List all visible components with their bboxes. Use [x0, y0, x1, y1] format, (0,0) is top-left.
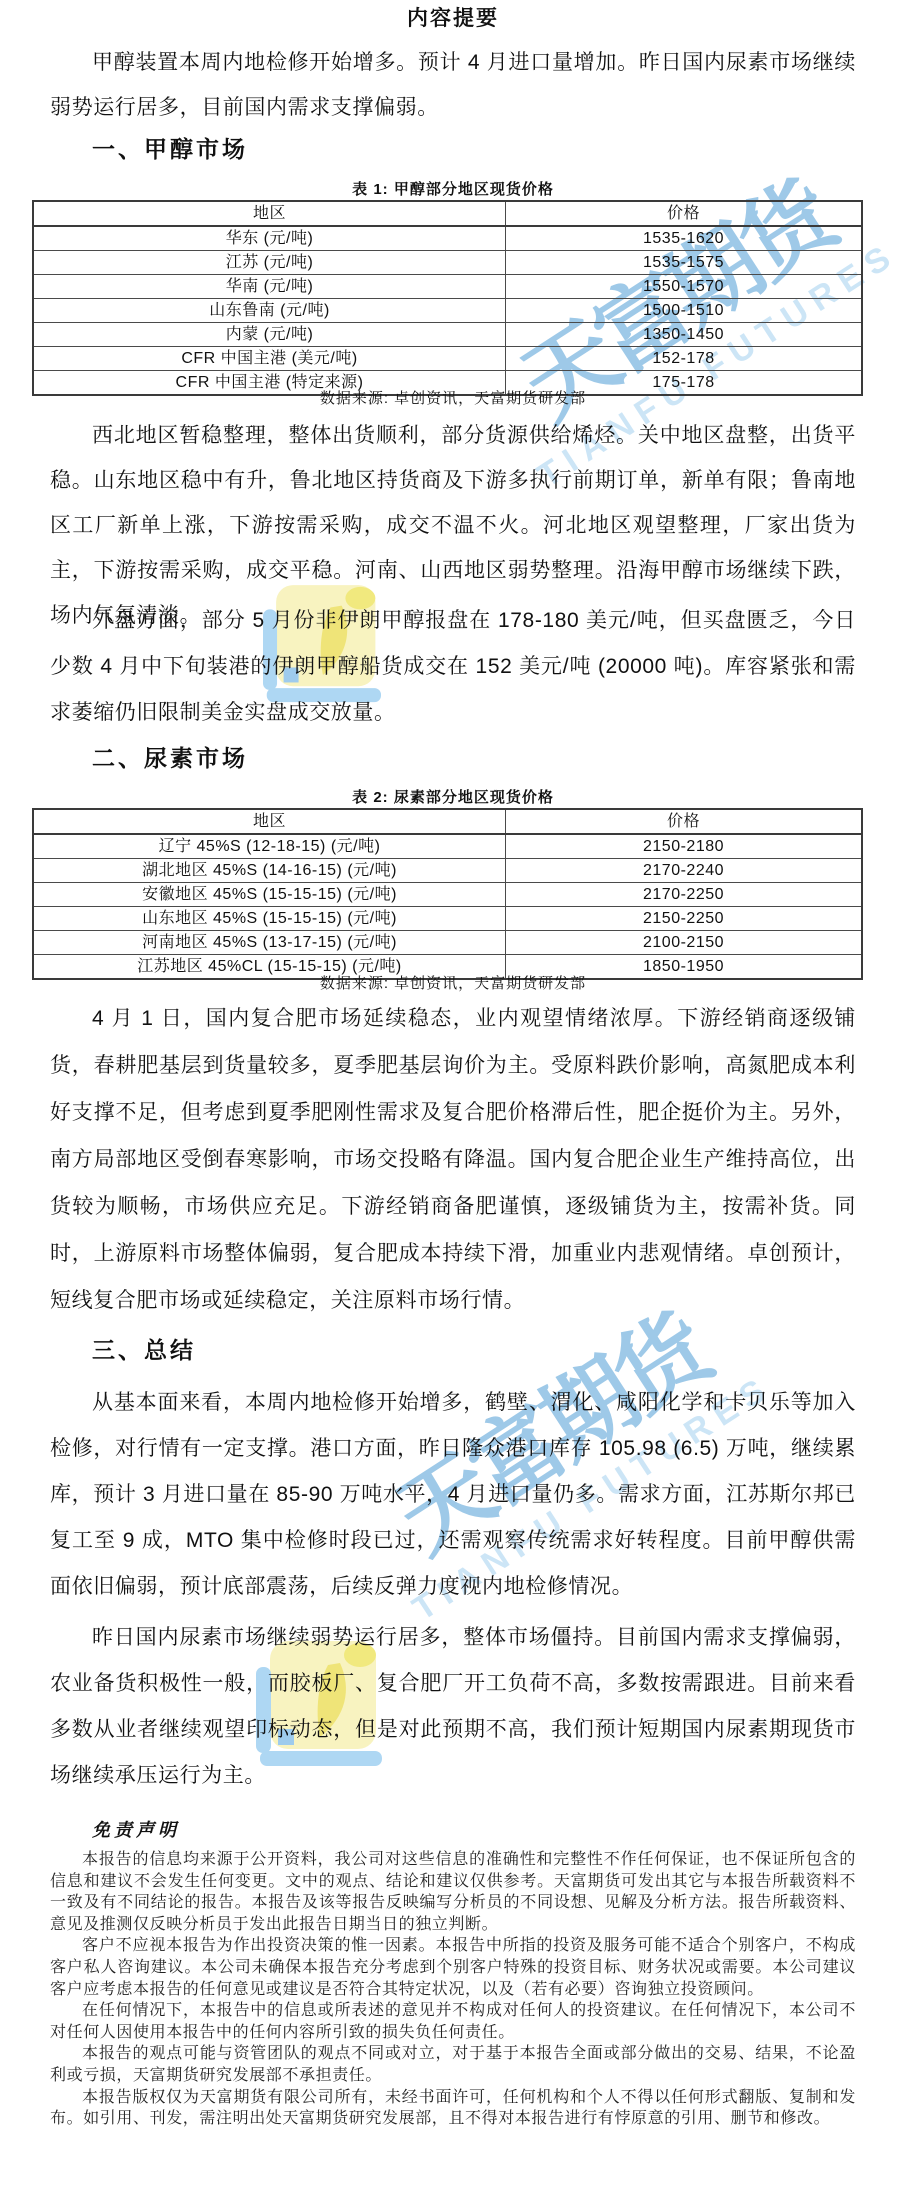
table-cell: 1350-1450 — [506, 323, 862, 347]
table-cell: 内蒙 (元/吨) — [33, 323, 506, 347]
summary-paragraph-urea: 昨日国内尿素市场继续弱势运行居多，整体市场僵持。目前国内需求支撑偏弱，农业备货积… — [50, 1615, 856, 1799]
disclaimer-paragraph: 在任何情况下，本报告中的信息或所表述的意见并不构成对任何人的投资建议。在任何情况… — [50, 2000, 856, 2043]
disclaimer-heading: 免责声明 — [92, 1816, 180, 1842]
intro-paragraph: 甲醇装置本周内地检修开始增多。预计 4 月进口量增加。昨日国内尿素市场继续弱势运… — [50, 40, 856, 130]
table1-caption: 表 1: 甲醇部分地区现货价格 — [50, 178, 856, 199]
section-heading-methanol: 一、甲醇市场 — [92, 131, 248, 164]
table-row: 湖北地区 45%S (14-16-15) (元/吨)2170-2240 — [33, 859, 862, 883]
table-cell: 河南地区 45%S (13-17-15) (元/吨) — [33, 931, 506, 955]
table-cell: 2150-2250 — [506, 907, 862, 931]
table-header-row: 地区价格 — [33, 809, 862, 834]
table-cell: 1500-1510 — [506, 299, 862, 323]
table-cell: 152-178 — [506, 347, 862, 371]
table-row: 江苏 (元/吨)1535-1575 — [33, 251, 862, 275]
table-row: 内蒙 (元/吨)1350-1450 — [33, 323, 862, 347]
disclaimer-paragraph: 本报告的信息均来源于公开资料，我公司对这些信息的准确性和完整性不作任何保证，也不… — [50, 1849, 856, 1935]
table-cell: 2170-2240 — [506, 859, 862, 883]
table-cell: CFR 中国主港 (美元/吨) — [33, 347, 506, 371]
table-cell: 1550-1570 — [506, 275, 862, 299]
table-row: 河南地区 45%S (13-17-15) (元/吨)2100-2150 — [33, 931, 862, 955]
table-cell: 2100-2150 — [506, 931, 862, 955]
report-page: 天富期货 TIANFU FUTURES 天富期货 TIANFU FUTURES … — [0, 0, 902, 2207]
table-cell: 辽宁 45%S (12-18-15) (元/吨) — [33, 834, 506, 859]
table2-caption: 表 2: 尿素部分地区现货价格 — [50, 786, 856, 807]
urea-paragraph: 4 月 1 日，国内复合肥市场延续稳态，业内观望情绪浓厚。下游经销商逐级铺货，春… — [50, 995, 856, 1324]
table-row: 山东地区 45%S (15-15-15) (元/吨)2150-2250 — [33, 907, 862, 931]
table-cell: 湖北地区 45%S (14-16-15) (元/吨) — [33, 859, 506, 883]
table-cell: 1535-1575 — [506, 251, 862, 275]
table-row: 安徽地区 45%S (15-15-15) (元/吨)2170-2250 — [33, 883, 862, 907]
disclaimer-paragraph: 本报告的观点可能与资管团队的观点不同或对立，对于基于本报告全面或部分做出的交易、… — [50, 2043, 856, 2086]
table1-source: 数据来源: 卓创资讯，天富期货研发部 — [50, 387, 856, 408]
page-title: 内容提要 — [50, 2, 856, 32]
table-row: 华东 (元/吨)1535-1620 — [33, 226, 862, 251]
table-cell: 山东地区 45%S (15-15-15) (元/吨) — [33, 907, 506, 931]
table-row: 辽宁 45%S (12-18-15) (元/吨)2150-2180 — [33, 834, 862, 859]
table-cell: 江苏 (元/吨) — [33, 251, 506, 275]
disclaimer-paragraph: 本报告版权仅为天富期货有限公司所有，未经书面许可，任何机构和个人不得以任何形式翻… — [50, 2087, 856, 2130]
section-heading-summary: 三、总结 — [92, 1332, 196, 1365]
table-row: CFR 中国主港 (美元/吨)152-178 — [33, 347, 862, 371]
urea-price-table: 地区价格辽宁 45%S (12-18-15) (元/吨)2150-2180湖北地… — [32, 808, 863, 980]
methanol-paragraph-external: 外盘方面，部分 5 月份非伊朗甲醇报盘在 178-180 美元/吨，但买盘匮乏，… — [50, 598, 856, 736]
section-heading-urea: 二、尿素市场 — [92, 740, 248, 773]
table-cell: 2170-2250 — [506, 883, 862, 907]
column-header: 价格 — [506, 809, 862, 834]
table-cell: 安徽地区 45%S (15-15-15) (元/吨) — [33, 883, 506, 907]
column-header: 地区 — [33, 201, 506, 226]
table-cell: 山东鲁南 (元/吨) — [33, 299, 506, 323]
table-row: 华南 (元/吨)1550-1570 — [33, 275, 862, 299]
summary-paragraph-methanol: 从基本面来看，本周内地检修开始增多，鹤壁、渭化、咸阳化学和卡贝乐等加入检修，对行… — [50, 1380, 856, 1610]
table-cell: 2150-2180 — [506, 834, 862, 859]
column-header: 地区 — [33, 809, 506, 834]
column-header: 价格 — [506, 201, 862, 226]
table-row: 山东鲁南 (元/吨)1500-1510 — [33, 299, 862, 323]
table-header-row: 地区价格 — [33, 201, 862, 226]
table-cell: 1535-1620 — [506, 226, 862, 251]
table2-source: 数据来源: 卓创资讯，天富期货研发部 — [50, 972, 856, 993]
table-cell: 华南 (元/吨) — [33, 275, 506, 299]
methanol-price-table: 地区价格华东 (元/吨)1535-1620江苏 (元/吨)1535-1575华南… — [32, 200, 863, 396]
disclaimer-body: 本报告的信息均来源于公开资料，我公司对这些信息的准确性和完整性不作任何保证，也不… — [50, 1849, 856, 2130]
disclaimer-paragraph: 客户不应视本报告为作出投资决策的惟一因素。本报告中所指的投资及服务可能不适合个别… — [50, 1935, 856, 2000]
table-cell: 华东 (元/吨) — [33, 226, 506, 251]
